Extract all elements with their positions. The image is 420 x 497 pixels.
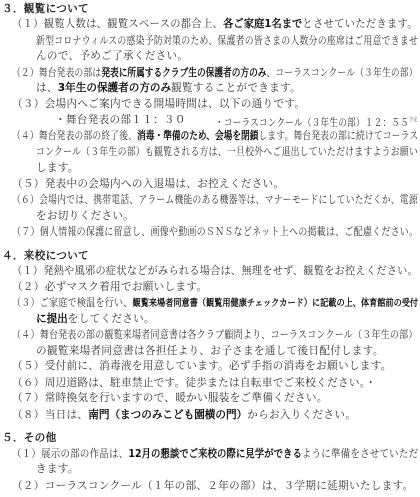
item-text: 発熱や風邪の症状などがみられる場合は、無理をせず、観覧をお控えください。: [43, 265, 418, 277]
emphasis-text: 発表に所属するクラブ生の保護者の方のみ: [101, 67, 266, 79]
item-continuation: に提出をしてください。: [36, 313, 155, 326]
item-text: ・コーラスコンクール（３年生の部）１２：５５: [215, 117, 409, 129]
item-number: （１）: [12, 448, 41, 460]
item-continuation: きます。: [36, 463, 79, 476]
item-number: （２）: [12, 67, 39, 79]
list-item: （５）発表中の会場内への入退場は、お控えください。: [12, 178, 284, 191]
schedule-stage: ・舞台発表の部１１：３０: [55, 114, 186, 127]
emphasis-text: に提出: [36, 313, 68, 325]
schedule-chorus: ・コーラスコンクール（３年生の部）１２：５５予定: [215, 114, 418, 130]
item-text: 舞台発表の部の終了後、: [39, 130, 137, 142]
list-item: （１）観覧人数は、観覧スペースの都合上、各ご家庭1名までとさせていただきます。: [12, 18, 418, 31]
item-number: （５）: [12, 360, 45, 372]
item-text: 個人情報の保護に留意し、画像や動画のＳＮＳなどネット上への掲載は、ご配慮ください…: [40, 226, 419, 238]
item-text: 周辺道路は、駐車禁止です。徒歩または自転車でご来校ください。・: [45, 377, 377, 389]
item-continuation: は、3年生の保護者の方のみ観覧することができます。: [36, 82, 301, 95]
emphasis-text: 観覧来場者同意書（観覧用健康チェックカード）に記載の上、体育館前の受付: [133, 298, 419, 309]
item-number: （４）: [12, 130, 39, 142]
item-text: からお入りください。: [247, 409, 356, 421]
list-item: （１）発熱や風邪の症状などがみられる場合は、無理をせず、観覧をお控えください。: [12, 265, 418, 278]
item-text: 必ずマスク着用でお願いします。: [45, 281, 208, 293]
item-number: （１）: [12, 265, 43, 277]
item-number: （７）: [12, 392, 45, 404]
scheduled-note: 予定: [409, 117, 418, 123]
item-text: 会場内では、携帯電話、アラーム機能のある機器等は、マナーモードにしていただくか、…: [39, 194, 418, 206]
item-text: 舞台発表の部の観覧来場者同意書は各クラブ顧問より、コーラスコンクール（３年生の部…: [40, 329, 418, 341]
item-number: （２）: [12, 480, 45, 492]
item-text: ご家庭で検温を行い、: [40, 297, 133, 309]
item-text: 、コーラスコンクール（３年生の部）: [266, 67, 417, 79]
emphasis-text: 各ご家庭1名まで: [223, 18, 302, 30]
item-continuation: コンクール（３年生の部）も観覧される方は、一旦校外へご退出していただけますようお…: [36, 146, 418, 159]
list-item: （４）舞台発表の部の終了後、消毒・準備のため、会場を閉鎖します。舞台発表の部に続…: [12, 130, 418, 143]
item-text: とさせていただきます。: [302, 18, 418, 30]
item-text: 舞台発表の部は: [39, 67, 102, 79]
item-number: （３）: [12, 297, 40, 309]
list-item: （４）舞台発表の部の観覧来場者同意書は各クラブ顧問より、コーラスコンクール（３年…: [12, 329, 418, 342]
item-number: （７）: [12, 226, 40, 238]
item-text: 会場内へご案内できる開場時間は、以下の通りです。: [45, 98, 306, 110]
item-number: （３）: [12, 98, 45, 110]
emphasis-text: 消毒・準備のため、会場を閉鎖: [137, 130, 258, 142]
item-continuation: します。: [36, 162, 79, 175]
list-item: （７）個人情報の保護に留意し、画像や動画のＳＮＳなどネット上への掲載は、ご配慮く…: [12, 226, 418, 239]
list-item: （２）コーラスコンクール（１年の部、２年の部）は、３学期に延期いたします。: [12, 480, 413, 493]
item-text: 発表中の会場内への入退場は、お控えください。: [45, 178, 285, 190]
item-continuation: んので、予めご了承ください。: [36, 50, 188, 63]
section-heading-other: ５．その他: [2, 432, 56, 445]
item-continuation: の観覧来場者同意書は各担任より、お子さまを通して後日配付します。: [36, 345, 384, 358]
item-text: ように準備をさせていただ: [302, 448, 418, 460]
list-item: （７）常時換気を行いますので、暖かい服装をご準備ください。: [12, 392, 328, 405]
list-item: （２）舞台発表の部は発表に所属するクラブ生の保護者の方のみ、コーラスコンクール（…: [12, 67, 418, 80]
emphasis-text: 3年生の保護者の方のみ: [58, 82, 171, 94]
item-text: 当日は、: [45, 409, 89, 421]
item-number: （２）: [12, 281, 45, 293]
item-text: 常時換気を行いますので、暖かい服装をご準備ください。: [45, 392, 328, 404]
emphasis-text: 南門（まつのみこども園横の門）: [88, 409, 247, 421]
list-item: （６）会場内では、携帯電話、アラーム機能のある機器等は、マナーモードにしていただ…: [12, 194, 418, 207]
item-number: （６）: [12, 194, 39, 206]
item-text: 受付前に、消毒液を用意しています。必ず手指の消毒をお願いします。: [45, 360, 392, 372]
item-number: （５）: [12, 178, 45, 190]
item-text: 観覧することができます。: [171, 82, 301, 94]
emphasis-text: 12月の懇談でご来校の際に見学ができる: [128, 448, 301, 460]
item-continuation: をお切りください。: [36, 210, 134, 223]
item-number: （６）: [12, 377, 45, 389]
item-text: します。舞台発表の部に続けてコーラス: [258, 130, 418, 142]
section-heading-viewing: ３．観覧について: [2, 3, 89, 16]
list-item: （３）ご家庭で検温を行い、観覧来場者同意書（観覧用健康チェックカード）に記載の上…: [12, 297, 418, 310]
item-text: をしてください。: [68, 313, 155, 325]
item-text: コーラスコンクール（１年の部、２年の部）は、３学期に延期いたします。: [45, 480, 414, 492]
item-text: は、: [36, 82, 58, 94]
list-item: （８）当日は、南門（まつのみこども園横の門）からお入りください。: [12, 409, 356, 422]
item-text: 展示の部の作品は、: [41, 448, 128, 460]
item-number: （４）: [12, 329, 40, 341]
list-item: （５）受付前に、消毒液を用意しています。必ず手指の消毒をお願いします。: [12, 360, 392, 373]
list-item: （２）必ずマスク着用でお願いします。: [12, 281, 207, 294]
item-number: （８）: [12, 409, 45, 421]
list-item: （６）周辺道路は、駐車禁止です。徒歩または自転車でご来校ください。・: [12, 377, 376, 390]
list-item: （１）展示の部の作品は、12月の懇談でご来校の際に見学ができるように準備をさせて…: [12, 448, 418, 461]
item-text: 観覧人数は、観覧スペースの都合上、: [44, 18, 223, 30]
item-number: （１）: [12, 18, 44, 30]
item-continuation: 新型コロナウィルスの感染予防対策のため、保護者の皆さまの人数分の座席はご用意でき…: [36, 35, 418, 48]
section-heading-visiting: ４．来校について: [2, 250, 89, 263]
list-item: （３）会場内へご案内できる開場時間は、以下の通りです。: [12, 98, 305, 111]
